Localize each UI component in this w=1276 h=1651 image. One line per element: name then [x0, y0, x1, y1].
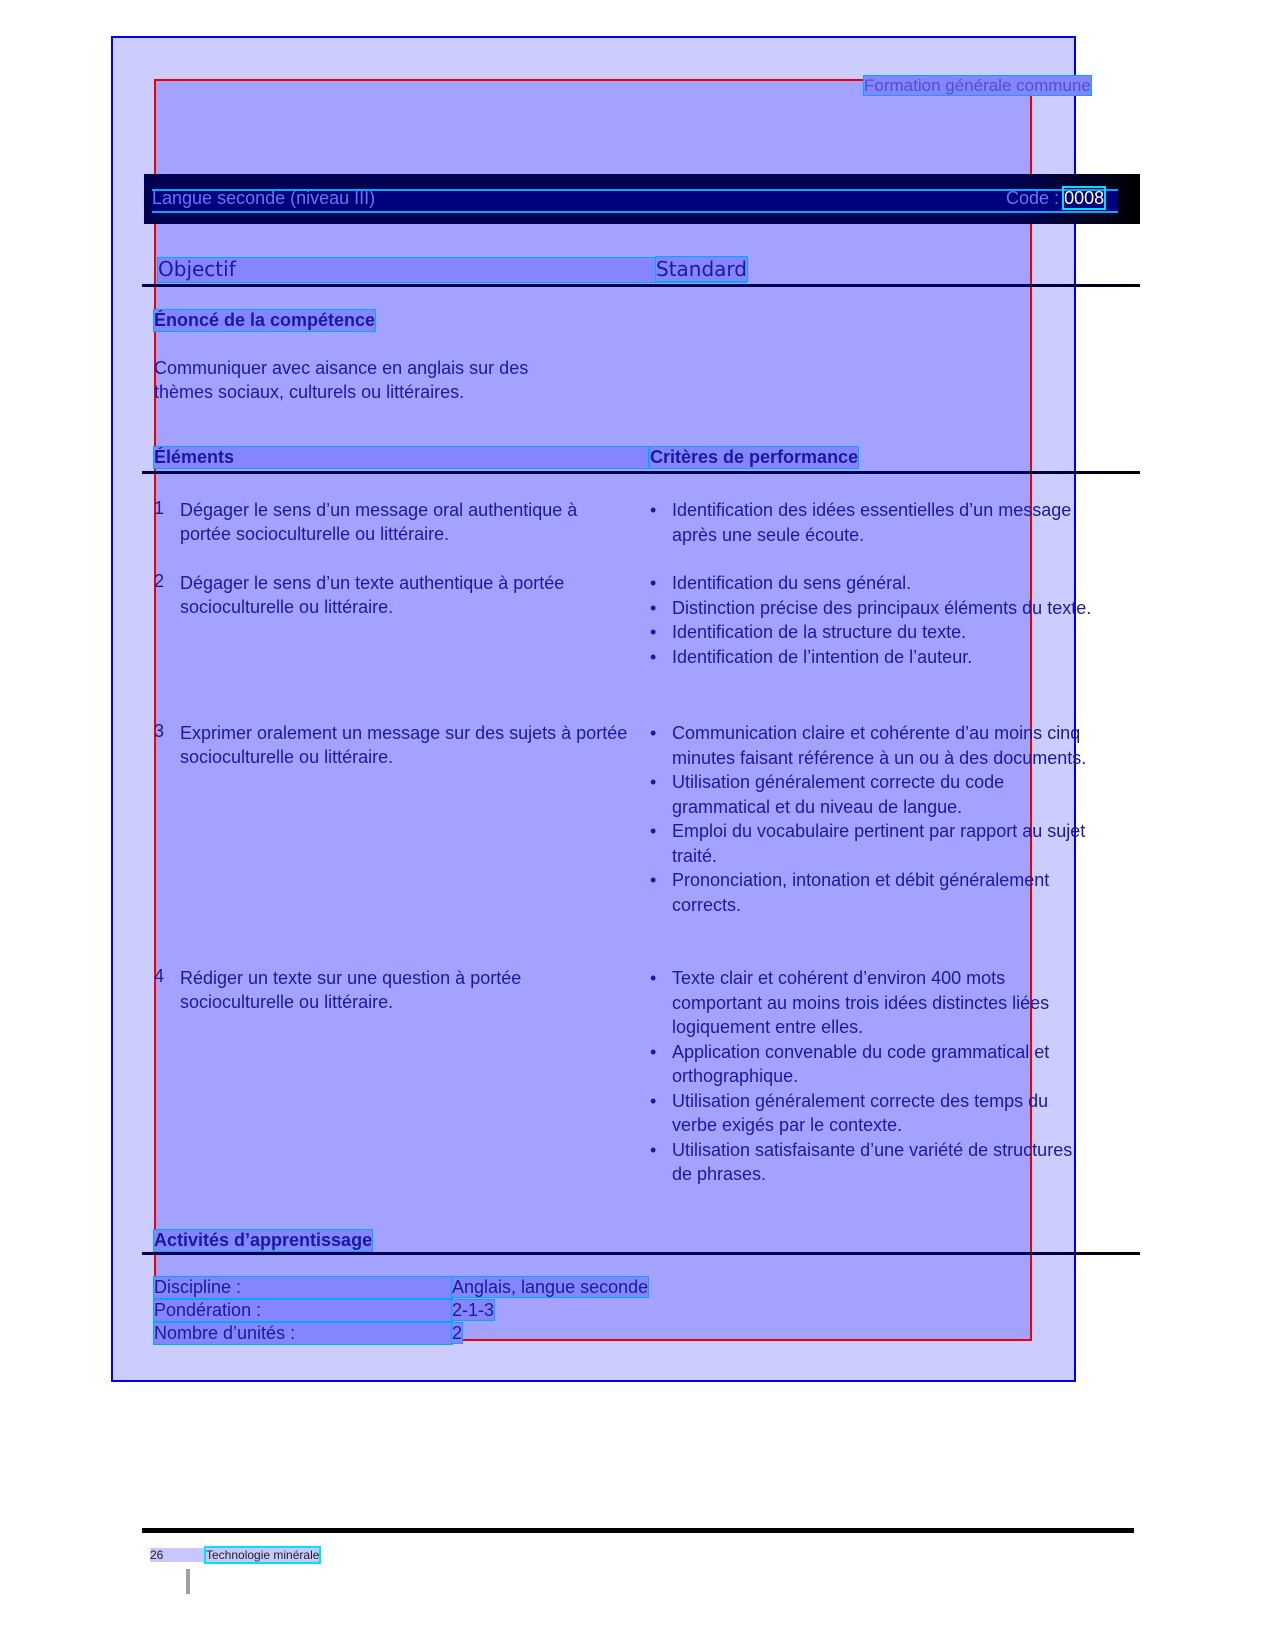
activities-heading: Activités d’apprentissage [154, 1230, 372, 1251]
standard-column-header: Standard [656, 257, 747, 281]
program-label: Formation générale commune [864, 76, 1091, 96]
criterion-item: Application convenable du code grammatic… [650, 1040, 1096, 1089]
criterion-item: Utilisation généralement correcte du cod… [650, 770, 1096, 819]
objective-column-header: Objectif [158, 257, 236, 281]
info-row-ponderation: Pondération :2-1-3 [154, 1300, 648, 1323]
competency-text: Communiquer avec aisance en anglais sur … [154, 356, 584, 404]
info-value: 2 [452, 1323, 462, 1343]
competency-heading: Énoncé de la compétence [154, 310, 375, 331]
criterion-item: Distinction précise des principaux éléme… [650, 596, 1096, 621]
info-label: Pondération : [154, 1300, 452, 1321]
activities-divider [142, 1252, 1140, 1255]
info-value: 2-1-3 [452, 1300, 494, 1320]
elements-column-header: Éléments [154, 447, 648, 468]
element-text: Rédiger un texte sur une question à port… [180, 966, 630, 1014]
code-label: Code : [1006, 188, 1059, 208]
element-text: Dégager le sens d’un texte authentique à… [180, 571, 630, 619]
course-code: Code : 0008 [1006, 188, 1104, 209]
program-label-text: Formation générale commune [864, 76, 1091, 95]
criterion-item: Utilisation satisfaisante d’une variété … [650, 1138, 1096, 1187]
info-row-discipline: Discipline :Anglais, langue seconde [154, 1277, 648, 1300]
course-title: Langue seconde (niveau III) [152, 188, 375, 209]
element-number: 2 [154, 571, 178, 592]
criteria-list: Identification des idées essentielles d’… [650, 498, 1096, 547]
criteria-list: Identification du sens général.Distincti… [650, 571, 1096, 669]
criteria-list: Texte clair et cohérent d’environ 400 mo… [650, 966, 1096, 1187]
page-footer: 26Technologie minérale [150, 1548, 319, 1562]
criterion-item: Utilisation généralement correcte des te… [650, 1089, 1096, 1138]
element-number: 4 [154, 966, 178, 987]
objective-divider [142, 284, 1140, 287]
criterion-item: Identification du sens général. [650, 571, 1096, 596]
element-text: Exprimer oralement un message sur des su… [180, 721, 630, 769]
criterion-item: Identification des idées essentielles d’… [650, 498, 1096, 547]
criterion-item: Communication claire et cohérente d’au m… [650, 721, 1096, 770]
code-value: 0008 [1064, 188, 1104, 208]
page-number: 26 [150, 1548, 206, 1562]
element-number: 3 [154, 721, 178, 742]
info-value: Anglais, langue seconde [452, 1277, 648, 1297]
footer-divider [142, 1528, 1134, 1533]
criterion-item: Identification de l’intention de l’auteu… [650, 645, 1096, 670]
criterion-item: Emploi du vocabulaire pertinent par rapp… [650, 819, 1096, 868]
footer-doc-title: Technologie minérale [206, 1548, 319, 1562]
elements-divider [142, 471, 1140, 474]
info-label: Discipline : [154, 1277, 452, 1298]
criterion-item: Prononciation, intonation et débit génér… [650, 868, 1096, 917]
text-cursor-mark [186, 1569, 190, 1594]
criterion-item: Identification de la structure du texte. [650, 620, 1096, 645]
criterion-item: Texte clair et cohérent d’environ 400 mo… [650, 966, 1096, 1040]
criteria-list: Communication claire et cohérente d’au m… [650, 721, 1096, 917]
criteria-column-header: Critères de performance [650, 447, 858, 468]
element-number: 1 [154, 498, 178, 519]
info-row-units: Nombre d’unités :2 [154, 1323, 648, 1346]
element-text: Dégager le sens d’un message oral authen… [180, 498, 630, 546]
info-label: Nombre d’unités : [154, 1323, 452, 1344]
activities-info: Discipline :Anglais, langue seconde Pond… [154, 1277, 648, 1346]
